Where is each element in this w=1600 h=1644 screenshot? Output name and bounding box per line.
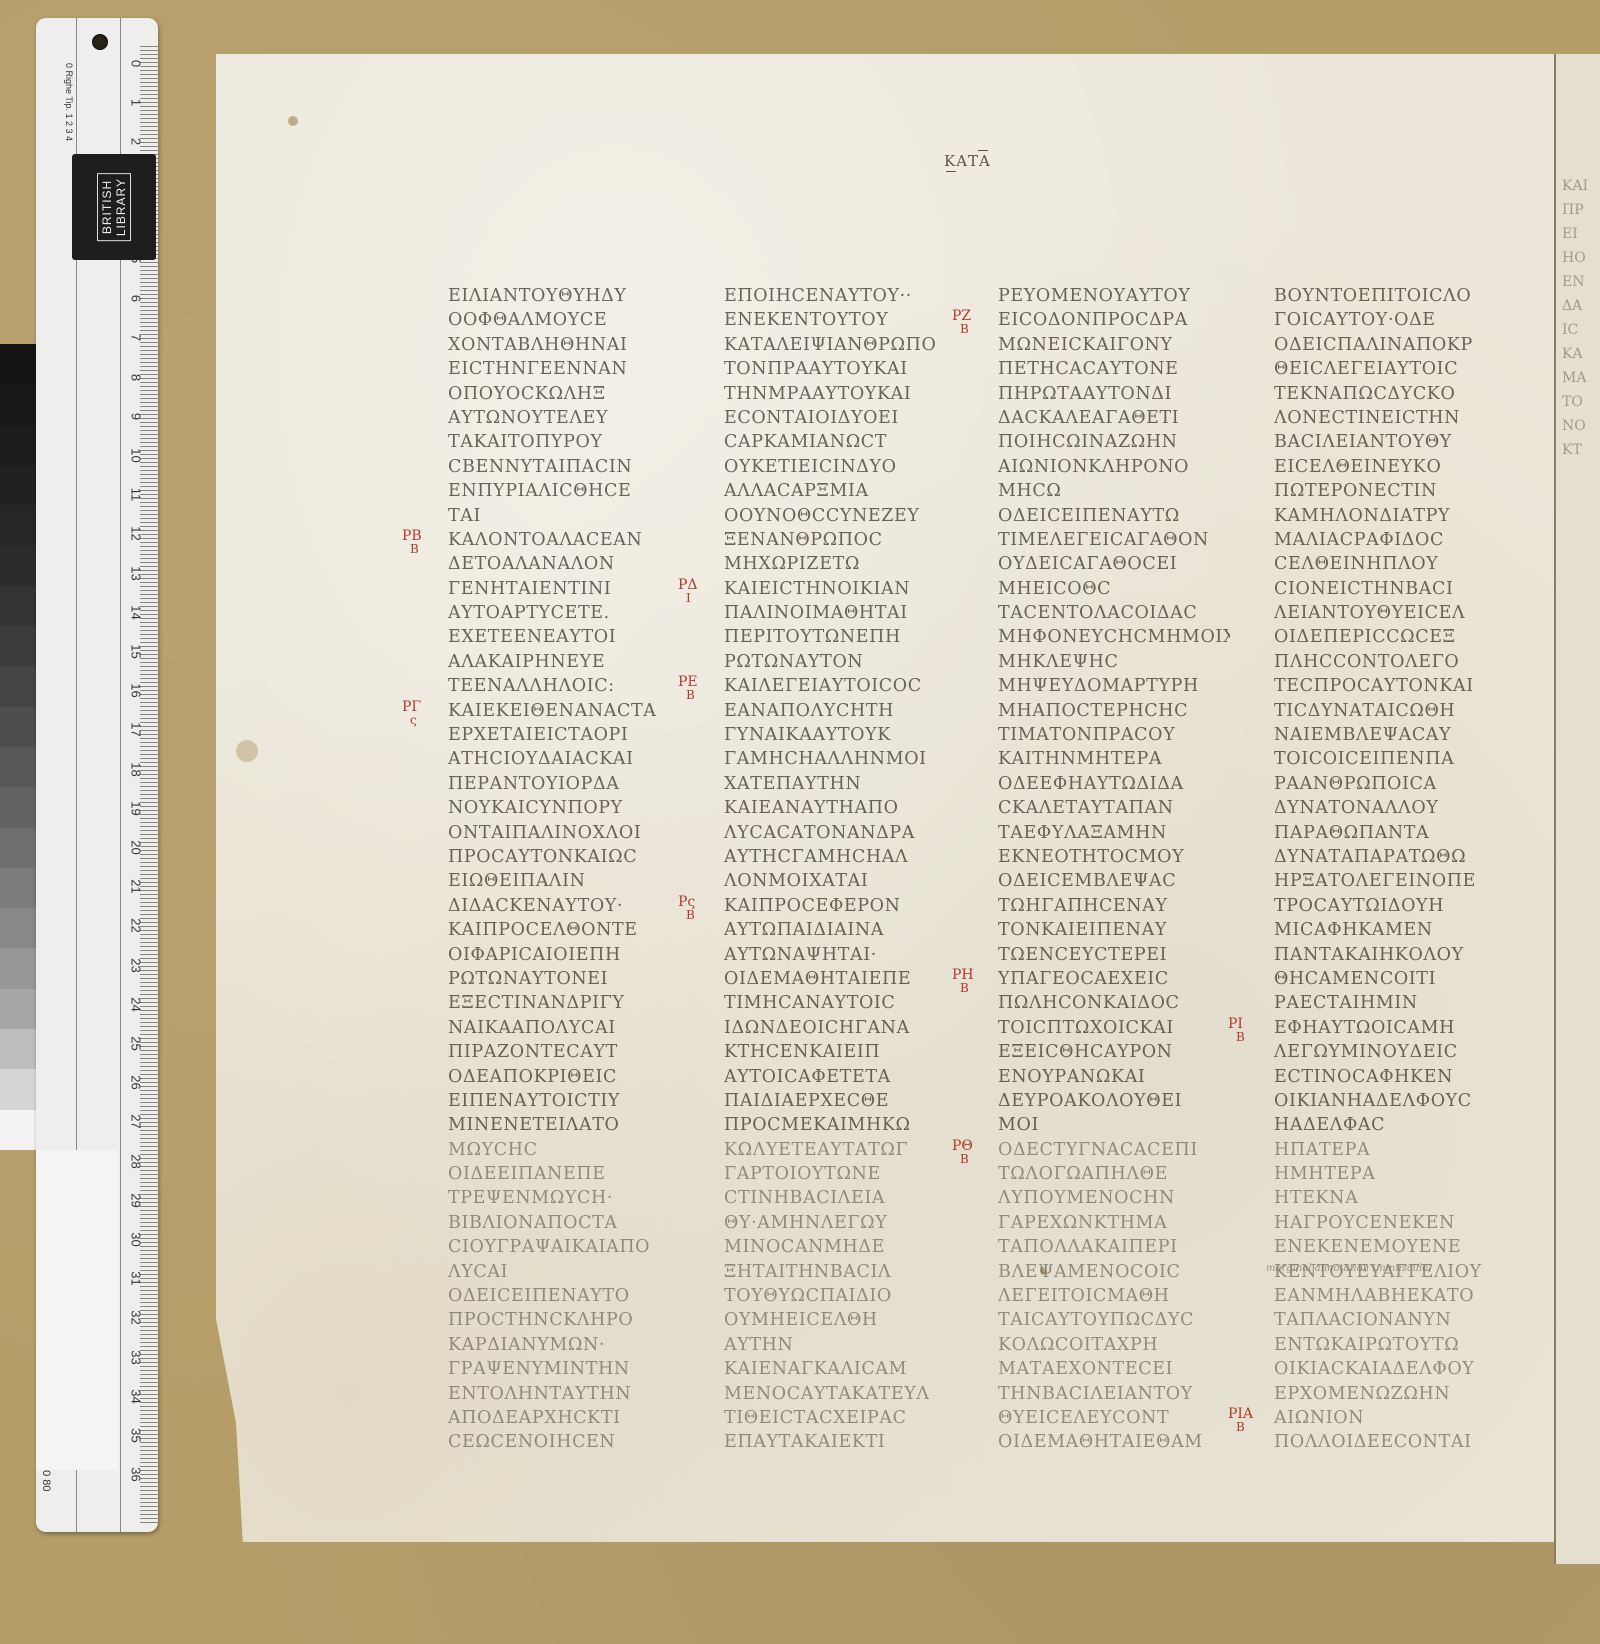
text-line: ΠΡΟCΑΥΤΟΝΚΑΙΩC bbox=[448, 845, 680, 869]
text-line: ΑΛΑΚΑΙΡΗΝΕΥΕ bbox=[448, 650, 680, 674]
text-line: ΠΗΡΩΤΑΑΥΤΟΝΔΙ bbox=[998, 382, 1230, 406]
text-line: ΗΡΞΑΤΟΛΕΓΕΙΝΟΠΕ bbox=[1274, 869, 1506, 893]
text-line: ΠΑΙΔΙΑΕΡΧΕCΘΕ bbox=[724, 1089, 956, 1113]
badge-line-1: BRITISH bbox=[100, 180, 114, 234]
ruler-cm-label: 8 bbox=[129, 367, 144, 387]
text-line: ΤΑΚΑΙΤΟΠΥΡΟΥ bbox=[448, 430, 680, 454]
text-line: ΒΟΥΝΤΟΕΠΙΤΟΙCΛΟ bbox=[1274, 284, 1506, 308]
ruler-cm-label: 18 bbox=[129, 759, 144, 779]
text-line: ΕΙCΟΔΟΝΠΡΟCΔΡΑ bbox=[998, 308, 1230, 332]
text-line: ΚΑΛΟΝΤΟΑΛΑCΕΑΝ bbox=[448, 528, 680, 552]
text-line: CΙΟΥΓΡΑΨΑΙΚΑΙΑΠΟ bbox=[448, 1235, 680, 1259]
text-line: CΒΕΝΝΥΤΑΙΠΑCΙΝ bbox=[448, 455, 680, 479]
ruler-cm-label: 29 bbox=[129, 1190, 144, 1210]
text-line: ΤΑΠΛΑCΙΟΝΑΝΥΝ bbox=[1274, 1308, 1506, 1332]
text-column-4: ΒΟΥΝΤΟΕΠΙΤΟΙCΛΟΓΟΙCΑΥΤΟΥ·ΟΔΕΟΔΕΙCΠΑΛΙΝΑΠ… bbox=[1274, 284, 1506, 1455]
text-line: ΓΑΡΕΧΩΝΚΤΗΜΑ bbox=[998, 1211, 1230, 1235]
text-line: ΑΥΤΗΝ bbox=[724, 1333, 956, 1357]
text-line: CΑΡΚΑΜΙΑΝΩCΤ bbox=[724, 430, 956, 454]
text-line: ΕΙΠΕΝΑΥΤΟΙCΤΙΥ bbox=[448, 1089, 680, 1113]
text-line: ΤΗΝΒΑCΙΛΕΙΑΝΤΟΥ bbox=[998, 1382, 1230, 1406]
ruler-cm-label: 36 bbox=[129, 1465, 144, 1485]
text-line: ΗΑΔΕΛΦΑC bbox=[1274, 1113, 1506, 1137]
text-line: ΛΕΓΕΙΤΟΙCΜΑΘΗ bbox=[998, 1284, 1230, 1308]
text-line: ΕΦΗΑΥΤΩΟΙCΑΜΗ bbox=[1274, 1016, 1506, 1040]
text-line: ΑΥΤΗCΓΑΜΗCΗΑΛ bbox=[724, 845, 956, 869]
text-line: ΚΑΙΠΡΟCΕΦΕΡΟΝ bbox=[724, 894, 956, 918]
ruler-cm-label: 16 bbox=[129, 681, 144, 701]
adjacent-leaf-edge: ΚΑΙ ΠΡ ΕΙ ΗΟ ΕΝ ΔΑ ΙC ΚΑ ΜΑ ΤΟ ΝΟ ΚΤ bbox=[1554, 54, 1600, 1564]
text-line: ΡΩΤΩΝΑΥΤΟΝ bbox=[724, 650, 956, 674]
text-line: ΛΥCΑCΑΤΟΝΑΝΔΡΑ bbox=[724, 821, 956, 845]
text-line: ΕΙCΤΗΝΓΕΕΝΝΑΝ bbox=[448, 357, 680, 381]
text-line: ΝΑΙΕΜΒΛΕΨΑCΑΥ bbox=[1274, 723, 1506, 747]
text-line: ΟΙΦΑΡΙCΑΙΟΙΕΠΗ bbox=[448, 943, 680, 967]
text-line: ΟΙΚΙΑCΚΑΙΑΔΕΛΦΟΥ bbox=[1274, 1357, 1506, 1381]
text-line: ΓΕΝΗΤΑΙΕΝΤΙΝΙ bbox=[448, 577, 680, 601]
text-line: ΛΕΓΩΥΜΙΝΟΥΔΕΙC bbox=[1274, 1040, 1506, 1064]
text-line: ΓΟΙCΑΥΤΟΥ·ΟΔΕ bbox=[1274, 308, 1506, 332]
text-line: ΘΕΙCΛΕΓΕΙΑΥΤΟΙC bbox=[1274, 357, 1506, 381]
ruler-cm-label: 35 bbox=[129, 1426, 144, 1446]
ruler-cm-label: 24 bbox=[129, 994, 144, 1014]
text-line: ΑΥΤΩΠΑΙΔΙΑΙΝΑ bbox=[724, 918, 956, 942]
ruler-cm-label: 10 bbox=[129, 446, 144, 466]
text-line: ΑΛΛΑCΑΡΞΜΙΑ bbox=[724, 479, 956, 503]
text-line: ΛΕΙΑΝΤΟΥΘΥΕΙCΕΛ bbox=[1274, 601, 1506, 625]
text-line: ΚΑΡΔΙΑΝΥΜΩΝ· bbox=[448, 1333, 680, 1357]
text-line: ΤΟΥΘΥΩCΠΑΙΔΙΟ bbox=[724, 1284, 956, 1308]
stain-spot bbox=[288, 116, 298, 126]
adjacent-leaf-text: ΚΑΙ ΠΡ ΕΙ ΗΟ ΕΝ ΔΑ ΙC ΚΑ ΜΑ ΤΟ ΝΟ ΚΤ bbox=[1562, 174, 1598, 462]
ruler-cm-label: 12 bbox=[129, 524, 144, 544]
text-line: ΟΠΟΥΟCΚΩΛΗΞ bbox=[448, 382, 680, 406]
text-line: ΗΑΓΡΟΥCΕΝΕΚΕΝ bbox=[1274, 1211, 1506, 1235]
text-line: ΟΔΕΙCΠΑΛΙΝΑΠΟΚΡ bbox=[1274, 333, 1506, 357]
text-line: ΕΞΕΙCΘΗCΑΥΡΟΝ bbox=[998, 1040, 1230, 1064]
section-number-marker: ΡΓς bbox=[402, 701, 421, 727]
text-line: ΜΗCΩ bbox=[998, 479, 1230, 503]
text-line: ΕCΟΝΤΑΙΟΙΔΥΟΕΙ bbox=[724, 406, 956, 430]
text-line: ΜΙΝΕΝΕΤΕΙΛΑΤΟ bbox=[448, 1113, 680, 1137]
text-line: ΔΥΝΑΤΑΠΑΡΑΤΩΘΩ bbox=[1274, 845, 1506, 869]
text-line: ΕΡΧΟΜΕΝΩΖΩΗΝ bbox=[1274, 1382, 1506, 1406]
text-line: ΟΟΥΝΟΘCCΥΝΕΖΕΥ bbox=[724, 504, 956, 528]
text-line: ΤΙΘΕΙCΤΑCΧΕΙΡΑC bbox=[724, 1406, 956, 1430]
text-line: ΕΞΕCΤΙΝΑΝΔΡΙΓΥ bbox=[448, 991, 680, 1015]
text-line: ΧΟΝΤΑΒΛΗΘΗΝΑΙ bbox=[448, 333, 680, 357]
text-line: ΠΕΤΗCΑCΑΥΤΟΝΕ bbox=[998, 357, 1230, 381]
text-line: ΕΡΧΕΤΑΙΕΙCΤΑΟΡΙ bbox=[448, 723, 680, 747]
ruler-cm-label: 34 bbox=[129, 1386, 144, 1406]
text-line: ΒΑCΙΛΕΙΑΝΤΟΥΘΥ bbox=[1274, 430, 1506, 454]
marginal-annotation: marginal annotation (minuscule) bbox=[1266, 1262, 1506, 1275]
text-column-1: ΕΙΛΙΑΝΤΟΥΘΥΗΔΥΟΟΦΘΑΛΜΟΥCΕΧΟΝΤΑΒΛΗΘΗΝΑΙΕΙ… bbox=[448, 284, 680, 1455]
text-line: ΠΕΡΑΝΤΟΥΙΟΡΔΑ bbox=[448, 772, 680, 796]
section-number-marker: ΡΒΒ bbox=[402, 530, 422, 556]
section-number-marker: ΡΕΒ bbox=[678, 676, 698, 702]
text-line: ΞΗΤΑΙΤΗΝΒΑCΙΛ bbox=[724, 1260, 956, 1284]
text-line: ΤΑΙCΑΥΤΟΥΠΩCΔΥC bbox=[998, 1308, 1230, 1332]
text-line: ΟΙΔΕΜΑΘΗΤΑΙΕΠΕ bbox=[724, 967, 956, 991]
text-line: ΠΡΟCΤΗΝCΚΛΗΡΟ bbox=[448, 1308, 680, 1332]
text-line: ΕΝΤΟΛΗΝΤΑΥΤΗΝ bbox=[448, 1382, 680, 1406]
text-column-3: ΡΕΥΟΜΕΝΟΥΑΥΤΟΥΕΙCΟΔΟΝΠΡΟCΔΡΑΜΩΝΕΙCΚΑΙΓΟΝ… bbox=[998, 284, 1230, 1455]
text-line: ΓΥΝΑΙΚΑΑΥΤΟΥΚ bbox=[724, 723, 956, 747]
text-line: ΟΙΔΕΕΙΠΑΝΕΠΕ bbox=[448, 1162, 680, 1186]
text-line: ΚΑΙΕΙCΤΗΝΟΙΚΙΑΝ bbox=[724, 577, 956, 601]
text-line: ΤΑCΕΝΤΟΛΑCΟΙΔΑC bbox=[998, 601, 1230, 625]
text-line: ΤΗΝΜΡΑΑΥΤΟΥΚΑΙ bbox=[724, 382, 956, 406]
text-line: ΟΔΕΑΠΟΚΡΙΘΕΙC bbox=[448, 1065, 680, 1089]
text-line: ΠΟΙΗCΩΙΝΑΖΩΗΝ bbox=[998, 430, 1230, 454]
text-line: ΠΑΛΙΝΟΙΜΑΘΗΤΑΙ bbox=[724, 601, 956, 625]
text-line: ΔΙΔΑCΚΕΝΑΥΤΟΥ· bbox=[448, 894, 680, 918]
text-line: ΕCΤΙΝΟCΑΦΗΚΕΝ bbox=[1274, 1065, 1506, 1089]
text-line: ΘΗCΑΜΕΝCΟΙΤΙ bbox=[1274, 967, 1506, 991]
text-line: ΑΤΗCΙΟΥΔΑΙΑCΚΑΙ bbox=[448, 747, 680, 771]
text-line: ΒΛΕΨΑΜΕΝΟCΟΙC bbox=[998, 1260, 1230, 1284]
text-line: ΕΑΝΑΠΟΛΥCΗΤΗ bbox=[724, 699, 956, 723]
text-line: ΔΑCΚΑΛΕΑΓΑΘΕΤΙ bbox=[998, 406, 1230, 430]
text-line: ΕΙΛΙΑΝΤΟΥΘΥΗΔΥ bbox=[448, 284, 680, 308]
text-line: ΤΡΟCΑΥΤΩΙΔΟΥΗ bbox=[1274, 894, 1506, 918]
text-line: ΜΗΦΟΝΕΥCΗCΜΗΜΟΙΧΕΥ bbox=[998, 625, 1230, 649]
text-line: ΚΑΜΗΛΟΝΔΙΑΤΡΥ bbox=[1274, 504, 1506, 528]
text-line: ΕΑΝΜΗΛΑΒΗΕΚΑΤΟ bbox=[1274, 1284, 1506, 1308]
text-line: ΤΩΕΝCΕΥCΤΕΡΕΙ bbox=[998, 943, 1230, 967]
text-line: ΜΗΑΠΟCΤΕΡΗCΗC bbox=[998, 699, 1230, 723]
ruler-hang-hole bbox=[92, 34, 108, 50]
ruler-cm-label: 32 bbox=[129, 1308, 144, 1328]
text-line: ΧΑΤΕΠΑΥΤΗΝ bbox=[724, 772, 956, 796]
text-line: ΟΔΕΙCΕΜΒΛΕΨΑC bbox=[998, 869, 1230, 893]
text-line: ΚΑΙΕΚΕΙΘΕΝΑΝΑCΤΑ bbox=[448, 699, 680, 723]
text-line: ΚΑΙΤΗΝΜΗΤΕΡΑ bbox=[998, 747, 1230, 771]
section-number-marker: ΡΙΒ bbox=[1228, 1018, 1245, 1044]
text-line: ΠΛΗCCΟΝΤΟΛΕΓΟ bbox=[1274, 650, 1506, 674]
ruler-cm-label: 23 bbox=[129, 955, 144, 975]
text-line: ΟΥΚΕΤΙΕΙCΙΝΔΥΟ bbox=[724, 455, 956, 479]
text-line: ΜΑΛΙΑCΡΑΦΙΔΟC bbox=[1274, 528, 1506, 552]
text-line: ΤΙΜΑΤΟΝΠΡΑCΟΥ bbox=[998, 723, 1230, 747]
ruler-cm-label: 11 bbox=[129, 485, 144, 505]
text-line: ΠΑΝΤΑΚΑΙΗΚΟΛΟΥ bbox=[1274, 943, 1506, 967]
text-line: ΠΑΡΑΘΩΠΑΝΤΑ bbox=[1274, 821, 1506, 845]
text-line: ΕΙCΕΛΘΕΙΝΕΥΚΟ bbox=[1274, 455, 1506, 479]
text-line: ΟΔΕCΤΥΓΝΑCΑCΕΠΙ bbox=[998, 1138, 1230, 1162]
ruler-cm-label: 20 bbox=[129, 838, 144, 858]
text-line: ΕΝΤΩΚΑΙΡΩΤΟΥΤΩ bbox=[1274, 1333, 1506, 1357]
ruler-cm-label: 25 bbox=[129, 1034, 144, 1054]
text-line: ΠΩΛΗCΟΝΚΑΙΔΟC bbox=[998, 991, 1230, 1015]
text-line: ΤΑΠΟΛΛΑΚΑΙΠΕΡΙ bbox=[998, 1235, 1230, 1259]
ruler-cm-label: 6 bbox=[129, 289, 144, 309]
text-line: ΠΩΤΕΡΟΝΕCΤΙΝ bbox=[1274, 479, 1506, 503]
text-line: ΜΙCΑΦΗΚΑΜΕΝ bbox=[1274, 918, 1506, 942]
text-line: ΕΚΝΕΟΤΗΤΟCΜΟΥ bbox=[998, 845, 1230, 869]
text-line: ΑΙΩΝΙΟΝΚΛΗΡΟΝΟ bbox=[998, 455, 1230, 479]
ruler-cm-label: 17 bbox=[129, 720, 144, 740]
ruler-cm-label: 28 bbox=[129, 1151, 144, 1171]
ruler-cm-label: 31 bbox=[129, 1269, 144, 1289]
text-line: ΔΕΥΡΟΑΚΟΛΟΥΘΕΙ bbox=[998, 1089, 1230, 1113]
section-number-marker: ΡΗΒ bbox=[952, 969, 974, 995]
text-line: ΟΟΦΘΑΛΜΟΥCΕ bbox=[448, 308, 680, 332]
ruler-tip-label: 0 Righe Tip. 1 2 3 4 bbox=[38, 62, 74, 142]
text-line: ΘΥΕΙCΕΛΕΥCΟΝΤ bbox=[998, 1406, 1230, 1430]
text-line: ΑΥΤΩΝΟΥΤΕΛΕΥ bbox=[448, 406, 680, 430]
text-line: ΓΑΜΗCΗΑΛΛΗΝΜΟΙ bbox=[724, 747, 956, 771]
text-line: ΚΩΛΥΕΤΕΑΥΤΑΤΩΓ bbox=[724, 1138, 956, 1162]
text-line: ΤΟΝΚΑΙΕΙΠΕΝΑΥ bbox=[998, 918, 1230, 942]
text-line: ΒΙΒΛΙΟΝΑΠΟCΤΑ bbox=[448, 1211, 680, 1235]
section-number-marker: ΡςΒ bbox=[678, 896, 695, 922]
text-line: ΓΑΡΤΟΙΟΥΤΩΝΕ bbox=[724, 1162, 956, 1186]
section-number-marker: ΡΘΒ bbox=[952, 1140, 973, 1166]
text-line: ΕΝΠΥΡΙΑΛΙCΘΗCΕ bbox=[448, 479, 680, 503]
text-line: ΡΑΑΝΘΡΩΠΟΙCΑ bbox=[1274, 772, 1506, 796]
text-line: ΤΟΝΠΡΑΑΥΤΟΥΚΑΙ bbox=[724, 357, 956, 381]
badge-line-2: LIBRARY bbox=[114, 178, 128, 236]
stain-spot bbox=[236, 740, 258, 762]
text-line: ΕΠΑΥΤΑΚΑΙΕΚΤΙ bbox=[724, 1430, 956, 1454]
text-line: ΤΕΕΝΑΛΛΗΛΟΙC: bbox=[448, 674, 680, 698]
text-line: ΡΑΕCΤΑΙΗΜΙΝ bbox=[1274, 991, 1506, 1015]
text-line: ΚΟΛΩCΟΙΤΑΧΡΗ bbox=[998, 1333, 1230, 1357]
text-line: CΕΛΘΕΙΝΗΠΛΟΥ bbox=[1274, 552, 1506, 576]
text-line: ΤΕΚΝΑΠΩCΔΥCΚΟ bbox=[1274, 382, 1506, 406]
text-line: CΙΟΝΕΙCΤΗΝΒΑCΙ bbox=[1274, 577, 1506, 601]
text-line: ΠΕΡΙΤΟΥΤΩΝΕΠΗ bbox=[724, 625, 956, 649]
text-line: ΗΠΑΤΕΡΑ bbox=[1274, 1138, 1506, 1162]
text-line: ΜΩΝΕΙCΚΑΙΓΟΝΥ bbox=[998, 333, 1230, 357]
ruler-cm-label: 26 bbox=[129, 1073, 144, 1093]
text-line: ΤΑΕΦΥΛΑΞΑΜΗΝ bbox=[998, 821, 1230, 845]
ruler-cm-label: 0 bbox=[129, 54, 144, 74]
text-line: ΝΑΙΚΑΑΠΟΛΥCΑΙ bbox=[448, 1016, 680, 1040]
running-title: ΚΑΤΑ bbox=[944, 152, 991, 170]
text-line: ΟΝΤΑΙΠΑΛΙΝΟΧΛΟΙ bbox=[448, 821, 680, 845]
text-line: ΤΙΜΗCΑΝΑΥΤΟΙC bbox=[724, 991, 956, 1015]
text-line: ΤΟΙCΟΙCΕΙΠΕΝΠΑ bbox=[1274, 747, 1506, 771]
text-line: ΥΠΑΓΕΟCΑΕΧΕΙC bbox=[998, 967, 1230, 991]
text-line: ΜΙΝΟCΑΝΜΗΔΕ bbox=[724, 1235, 956, 1259]
text-line: ΕΝΕΚΕΝΕΜΟΥΕΝΕ bbox=[1274, 1235, 1506, 1259]
text-line: ΟΥΜΗΕΙCΕΛΘΗ bbox=[724, 1308, 956, 1332]
text-line: ΑΥΤΟΑΡΤΥCΕΤΕ. bbox=[448, 601, 680, 625]
section-number-marker: ΡΙΑΒ bbox=[1228, 1408, 1253, 1434]
text-line: ΜΗΨΕΥΔΟΜΑΡΤΥΡΗ bbox=[998, 674, 1230, 698]
ruler-cm-label: 21 bbox=[129, 877, 144, 897]
section-number-marker: ΡΔΙ bbox=[678, 579, 698, 605]
text-line: ΟΔΕΕΦΗΑΥΤΩΔΙΔΑ bbox=[998, 772, 1230, 796]
text-line: ΑΥΤΩΝΑΨΗΤΑΙ· bbox=[724, 943, 956, 967]
text-line: ΤΕCΠΡΟCΑΥΤΟΝΚΑΙ bbox=[1274, 674, 1506, 698]
text-line: ΜΑΤΑΕΧΟΝΤΕCΕΙ bbox=[998, 1357, 1230, 1381]
text-line: ΜΕΝΟCΑΥΤΑΚΑΤΕΥΛ bbox=[724, 1382, 956, 1406]
ruler-cm-label: 15 bbox=[129, 642, 144, 662]
ruler-cm-label: 22 bbox=[129, 916, 144, 936]
text-line: ΙΔΩΝΔΕΟΙCΗΓΑΝΑ bbox=[724, 1016, 956, 1040]
ruler-cm-label: 13 bbox=[129, 563, 144, 583]
text-line: ΤΙCΔΥΝΑΤΑΙCΩΘΗ bbox=[1274, 699, 1506, 723]
text-line: ΚΑΙΕΝΑΓΚΑΛΙCΑΜ bbox=[724, 1357, 956, 1381]
section-number-marker: ΡΖΒ bbox=[952, 310, 971, 336]
ruler-cm-label: 33 bbox=[129, 1347, 144, 1367]
text-line: ΔΥΝΑΤΟΝΑΛΛΟΥ bbox=[1274, 796, 1506, 820]
ruler-cm-label: 7 bbox=[129, 328, 144, 348]
text-line: ΠΙΡΑΖΟΝΤΕCΑΥΤ bbox=[448, 1040, 680, 1064]
text-line: ΤΙΜΕΛΕΓΕΙCΑΓΑΘΟΝ bbox=[998, 528, 1230, 552]
text-line: ΟΥΔΕΙCΑΓΑΘΟCΕΙ bbox=[998, 552, 1230, 576]
text-line: ΤΟΙCΠΤΩΧΟΙCΚΑΙ bbox=[998, 1016, 1230, 1040]
text-line: ΜΟΙ bbox=[998, 1113, 1230, 1137]
text-line: ΟΔΕΙCΕΙΠΕΝΑΥΤΟ bbox=[448, 1284, 680, 1308]
british-library-badge: BRITISH LIBRARY bbox=[72, 154, 156, 260]
text-line: ΤΑΙ bbox=[448, 504, 680, 528]
text-line: ΡΕΥΟΜΕΝΟΥΑΥΤΟΥ bbox=[998, 284, 1230, 308]
text-line: ΟΙΔΕΠΕΡΙCCΩCΕΞ bbox=[1274, 625, 1506, 649]
text-line: ΛΥΠΟΥΜΕΝΟCΗΝ bbox=[998, 1186, 1230, 1210]
text-line: ΜΩΥCΗC bbox=[448, 1138, 680, 1162]
text-line: ΕΝΕΚΕΝΤΟΥΤΟΥ bbox=[724, 308, 956, 332]
text-line: ΜΗΕΙCΟΘC bbox=[998, 577, 1230, 601]
ruler-cm-label: 2 bbox=[129, 132, 144, 152]
text-line: ΝΟΥΚΑΙCΥΝΠΟΡΥ bbox=[448, 796, 680, 820]
text-line: ΤΡΕΨΕΝΜΩΥCΗ· bbox=[448, 1186, 680, 1210]
ruler-cm-label: 19 bbox=[129, 798, 144, 818]
text-line: ΚΑΙΕΑΝΑΥΤΗΑΠΟ bbox=[724, 796, 956, 820]
text-line: CΤΙΝΗΒΑCΙΛΕΙΑ bbox=[724, 1186, 956, 1210]
ruler-white-backing bbox=[36, 1150, 118, 1470]
text-line: ΓΡΑΨΕΝΥΜΙΝΤΗΝ bbox=[448, 1357, 680, 1381]
text-line: ΔΕΤΟΑΛΑΝΑΛΟΝ bbox=[448, 552, 680, 576]
text-line: ΑΥΤΟΙCΑΦΕΤΕΤΑ bbox=[724, 1065, 956, 1089]
text-line: ΚΤΗCΕΝΚΑΙΕΙΠ bbox=[724, 1040, 956, 1064]
ruler-cm-label: 14 bbox=[129, 602, 144, 622]
text-line: CΚΑΛΕΤΑΥΤΑΠΑΝ bbox=[998, 796, 1230, 820]
text-line: ΛΟΝΜΟΙΧΑΤΑΙ bbox=[724, 869, 956, 893]
text-line: ΘΥ·ΑΜΗΝΛΕΓΩΥ bbox=[724, 1211, 956, 1235]
text-line: ΚΑΙΠΡΟCΕΛΘΟΝΤΕ bbox=[448, 918, 680, 942]
text-line: ΚΑΤΑΛΕΙΨΙΑΝΘΡΩΠΟ bbox=[724, 333, 956, 357]
text-line: ΜΗΧΩΡΙΖΕΤΩ bbox=[724, 552, 956, 576]
text-line: ΤΩΛΟΓΩΑΠΗΛΘΕ bbox=[998, 1162, 1230, 1186]
text-column-2: ΕΠΟΙΗCΕΝΑΥΤΟΥ··ΕΝΕΚΕΝΤΟΥΤΟΥΚΑΤΑΛΕΙΨΙΑΝΘΡ… bbox=[724, 284, 956, 1455]
text-line: ΗΤΕΚΝΑ bbox=[1274, 1186, 1506, 1210]
text-line: ΠΡΟCΜΕΚΑΙΜΗΚΩ bbox=[724, 1113, 956, 1137]
text-line: ΗΜΗΤΕΡΑ bbox=[1274, 1162, 1506, 1186]
text-line: ΕΝΟΥΡΑΝΩΚΑΙ bbox=[998, 1065, 1230, 1089]
text-line: ΟΙΚΙΑΝΗΑΔΕΛΦΟΥC bbox=[1274, 1089, 1506, 1113]
text-line: ΕΠΟΙΗCΕΝΑΥΤΟΥ·· bbox=[724, 284, 956, 308]
text-line: ΛΟΝΕCΤΙΝΕΙCΤΗΝ bbox=[1274, 406, 1506, 430]
text-line: ΟΔΕΙCΕΙΠΕΝΑΥΤΩ bbox=[998, 504, 1230, 528]
text-line: ΡΩΤΩΝΑΥΤΟΝΕΙ bbox=[448, 967, 680, 991]
text-line: ΛΥCΑΙ bbox=[448, 1260, 680, 1284]
text-line: ΑΠΟΔΕΑΡΧΗCΚΤΙ bbox=[448, 1406, 680, 1430]
text-line: ΜΗΚΛΕΨΗC bbox=[998, 650, 1230, 674]
text-line: ΟΙΔΕΜΑΘΗΤΑΙΕΘΑΜ bbox=[998, 1430, 1230, 1454]
text-line: ΕΙΩΘΕΙΠΑΛΙΝ bbox=[448, 869, 680, 893]
text-line: ΠΟΛΛΟΙΔΕΕCΟΝΤΑΙ bbox=[1274, 1430, 1506, 1454]
text-line: ΤΩΗΓΑΠΗCΕΝΑΥ bbox=[998, 894, 1230, 918]
text-line: CΕΩCΕΝΟΙΗCΕΝ bbox=[448, 1430, 680, 1454]
ruler-cm-label: 1 bbox=[129, 93, 144, 113]
text-line: ΞΕΝΑΝΘΡΩΠΟC bbox=[724, 528, 956, 552]
text-line: ΕΧΕΤΕΕΝΕΑΥΤΟΙ bbox=[448, 625, 680, 649]
ruler-cm-label: 30 bbox=[129, 1230, 144, 1250]
text-line: ΑΙΩΝΙΟΝ bbox=[1274, 1406, 1506, 1430]
ruler-cm-label: 9 bbox=[129, 406, 144, 426]
ruler-cm-label: 27 bbox=[129, 1112, 144, 1132]
text-line: ΚΑΙΛΕΓΕΙΑΥΤΟΙCΟC bbox=[724, 674, 956, 698]
